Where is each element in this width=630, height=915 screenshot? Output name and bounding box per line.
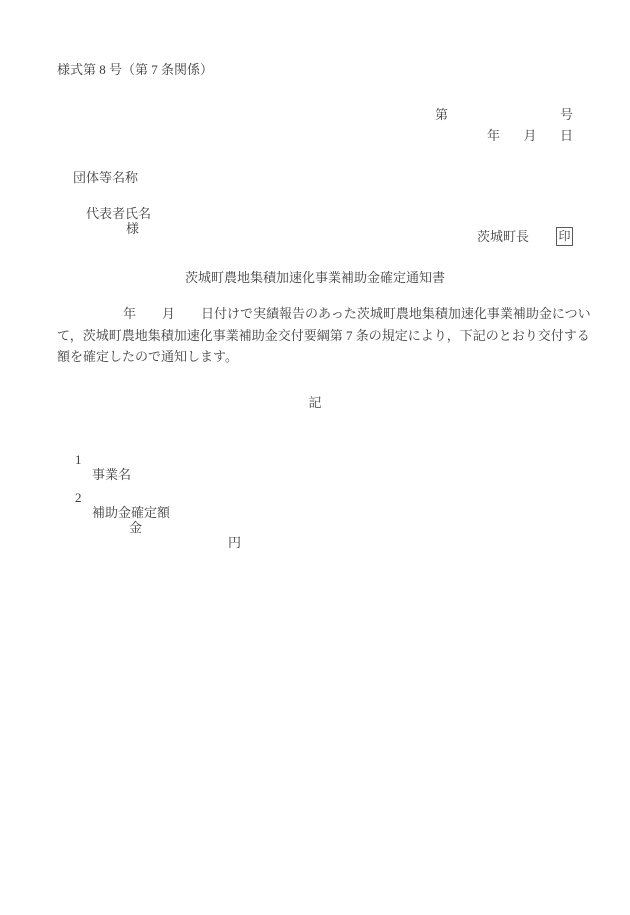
amount-prefix-label: 金 bbox=[129, 520, 142, 535]
body-line-3: 額を確定したので通知します。 bbox=[57, 346, 577, 368]
body-line-1: 年 月 日付けで実績報告のあった茨城町農地集積加速化事業補助金につい bbox=[57, 303, 577, 325]
amount-suffix-label: 円 bbox=[228, 535, 241, 550]
date-month-label: 月 bbox=[523, 128, 536, 143]
body-paragraph: 年 月 日付けで実績報告のあった茨城町農地集積加速化事業補助金につい て，茨城町… bbox=[57, 303, 577, 368]
doc-number-line: 第 号 bbox=[435, 107, 573, 122]
date-day-label: 日 bbox=[560, 128, 573, 143]
addressee-rep-label: 代表者氏名 bbox=[86, 206, 151, 221]
doc-number-suffix: 号 bbox=[560, 107, 573, 122]
item-label: 補助金確定額 bbox=[92, 505, 170, 520]
sender-title: 茨城町長 bbox=[477, 229, 529, 244]
body-line-2: て，茨城町農地集積加速化事業補助金交付要綱第 7 条の規定により，下記のとおり交… bbox=[57, 325, 577, 347]
list-item-confirmed-amount: 2 補助金確定額 金 円 bbox=[62, 475, 241, 565]
doc-number-prefix: 第 bbox=[435, 107, 448, 122]
addressee-rep-line: 代表者氏名 様 bbox=[73, 191, 151, 251]
date-line: 年 月 日 bbox=[487, 128, 573, 143]
item-number: 2 bbox=[75, 490, 82, 505]
record-marker: 記 bbox=[0, 395, 630, 410]
document-title: 茨城町農地集積加速化事業補助金確定通知書 bbox=[0, 270, 630, 285]
honorific-label: 様 bbox=[126, 221, 139, 236]
sender-line: 茨城町長 印 bbox=[477, 227, 573, 246]
date-year-label: 年 bbox=[487, 128, 500, 143]
form-number: 様式第 8 号（第 7 条関係） bbox=[57, 62, 213, 77]
seal-box: 印 bbox=[556, 227, 573, 246]
addressee-org-label: 団体等名称 bbox=[73, 170, 138, 185]
document-page: 様式第 8 号（第 7 条関係） 第 号 年 月 日 団体等名称 代表者氏名 様… bbox=[0, 0, 630, 915]
item-number: 1 bbox=[75, 452, 82, 467]
